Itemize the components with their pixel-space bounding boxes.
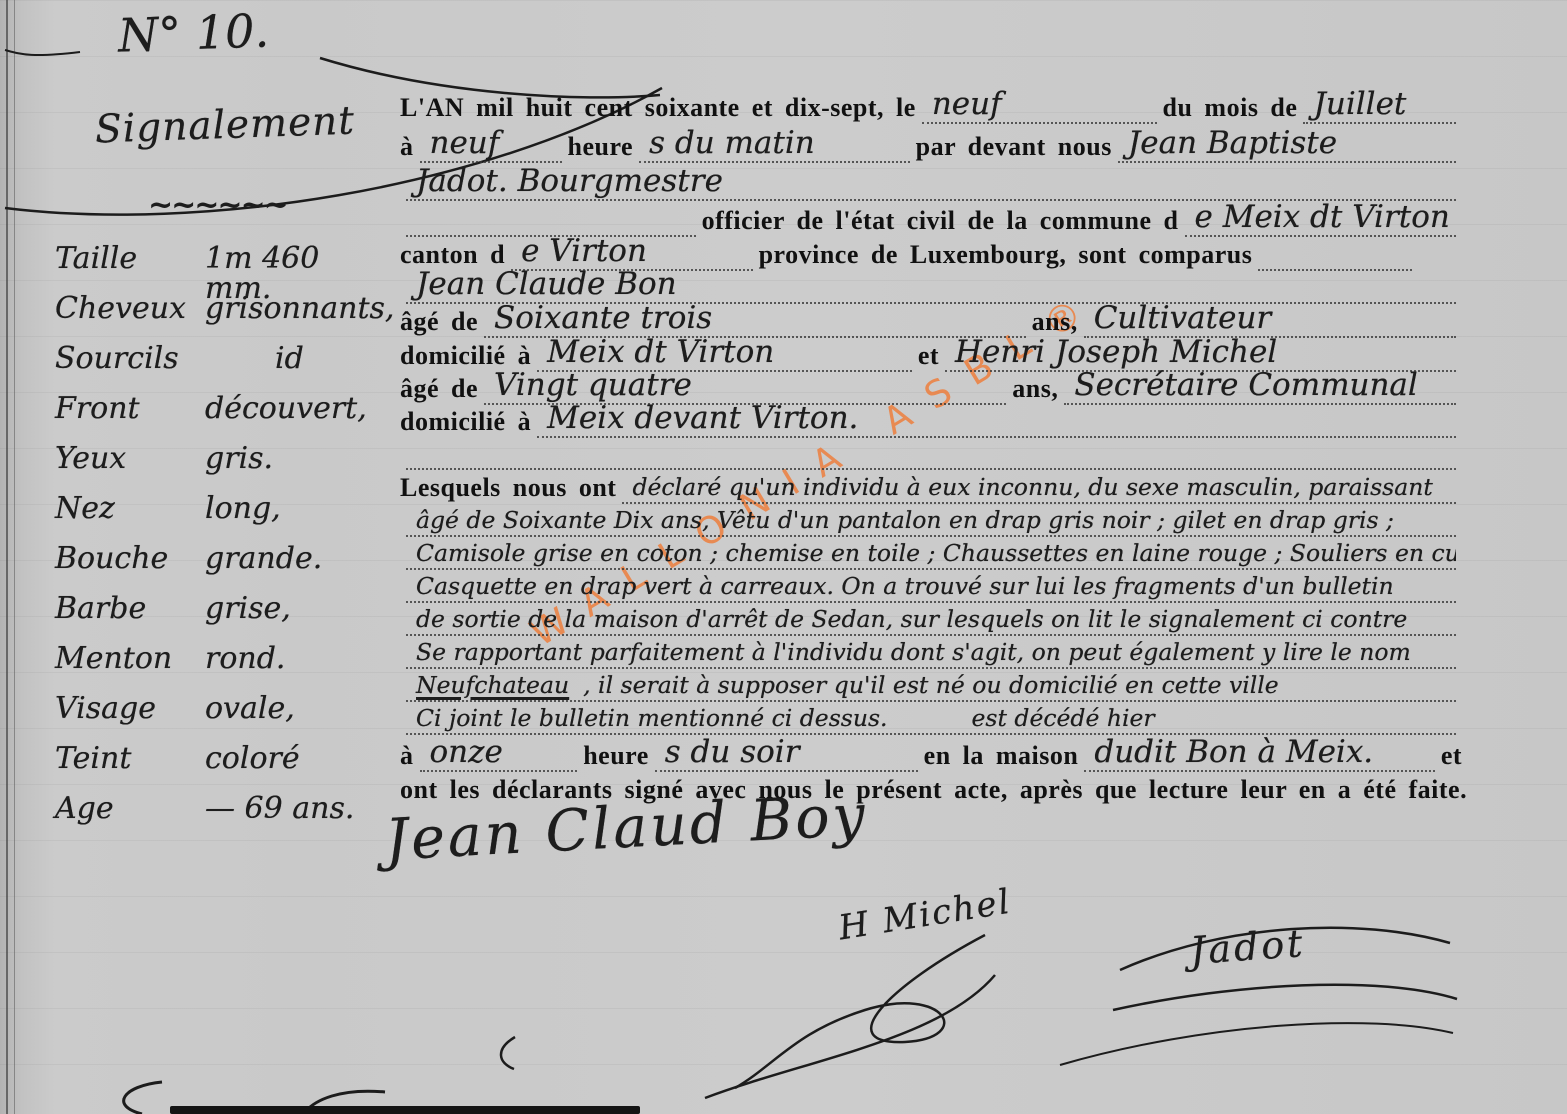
scanned-death-record-page: WALLONIA ASBL® N° 10. Signalement ~~~~~~…: [0, 0, 1567, 1114]
description-item: Cheveuxgrisonnants,: [55, 294, 385, 330]
handwritten-declaration: déclaré qu'un individu à eux inconnu, du…: [622, 476, 1436, 503]
feature-value: coloré: [205, 744, 300, 774]
description-item: Barbegrise,: [55, 594, 385, 630]
form-line-officer-name: Jadot. Bourgmestre: [400, 161, 1462, 201]
handwritten-declaration: Camisole grise en coton ; chemise en toi…: [406, 542, 1456, 569]
feature-label: Taille: [55, 244, 205, 274]
signalement-title: Signalement: [94, 101, 355, 149]
description-item: Teintcoloré: [55, 744, 385, 780]
declaration-line-8: Ci joint le bulletin mentionné ci dessus…: [400, 699, 1462, 735]
feature-label: Visage: [55, 694, 205, 724]
description-item: Visageovale,: [55, 694, 385, 730]
feature-label: Sourcils: [55, 344, 205, 374]
handwritten-deceased-statement: est décédé hier: [962, 707, 1159, 734]
handwritten-declaration: , il serait à supposer qu'il est né ou d…: [573, 674, 1283, 701]
handwritten-declaration: âgé de Soixante Dix ans, Vêtu d'un panta…: [406, 509, 1398, 536]
handwritten-day: neuf: [922, 89, 1006, 122]
separator-squiggle: ~~~~~~: [148, 188, 287, 223]
feature-value: rond.: [205, 644, 285, 674]
scan-artifact-curl: [490, 1035, 530, 1075]
handwritten-time-of-day: s du matin: [639, 128, 819, 161]
declaration-line-2: âgé de Soixante Dix ans, Vêtu d'un panta…: [400, 501, 1462, 537]
fill-in-line: Ci joint le bulletin mentionné ci dessus…: [406, 707, 1456, 736]
feature-value: grisonnants,: [205, 294, 394, 324]
printed-text: du mois de: [1163, 95, 1298, 124]
fill-in-line: neuf: [922, 89, 1157, 124]
description-item: Mentonrond.: [55, 644, 385, 680]
feature-value: grande.: [205, 544, 322, 574]
fill-in-line: Se rapportant parfaitement à l'individu …: [406, 641, 1456, 670]
signature-flourish: [1105, 915, 1465, 1085]
signature-flourish: [760, 930, 1010, 1080]
description-list: Taille1m 460 mm. Cheveuxgrisonnants, Sou…: [55, 244, 385, 844]
handwritten-officer-firstname: Jean Baptiste: [1118, 128, 1341, 161]
handwritten-officer-name-title: Jadot. Bourgmestre: [406, 166, 727, 199]
declaration-line-5: de sortie de la maison d'arrêt de Sedan,…: [400, 600, 1462, 636]
scan-edge-line: [6, 0, 8, 1114]
handwritten-declaration: Se rapportant parfaitement à l'individu …: [406, 641, 1415, 668]
fill-in-line: Jadot. Bourgmestre: [406, 166, 1456, 201]
printed-text: heure: [568, 134, 634, 163]
feature-label: Bouche: [55, 544, 205, 574]
feature-label: Age: [55, 794, 205, 824]
handwritten-month: Juillet: [1303, 89, 1410, 122]
feature-value: gris.: [205, 444, 273, 474]
printed-text: par devant nous: [916, 134, 1112, 163]
feature-value: ovale,: [205, 694, 295, 724]
printed-text: à: [400, 134, 414, 163]
declaration-line-4: Casquette en drap vert à carreaux. On a …: [400, 567, 1462, 603]
fill-in-line: neuf: [420, 128, 562, 163]
fill-in-line: Camisole grise en coton ; chemise en toi…: [406, 542, 1456, 571]
feature-value: long,: [205, 494, 281, 524]
fill-in-line: Casquette en drap vert à carreaux. On a …: [406, 575, 1456, 604]
description-item: Frontdécouvert,: [55, 394, 385, 430]
form-line-hour-officer: à neuf heure s du matin par devant nous …: [400, 123, 1462, 163]
fill-in-line: Jean Baptiste: [1118, 128, 1456, 163]
feature-value: découvert,: [205, 394, 367, 424]
declaration-line-1: Lesquels nous ont déclaré qu'un individu…: [400, 468, 1462, 504]
handwritten-neufchateau-underlined: Neufchateau: [406, 674, 573, 701]
scan-artifact-bar: [170, 1106, 640, 1114]
fill-in-line: âgé de Soixante Dix ans, Vêtu d'un panta…: [406, 509, 1456, 538]
feature-label: Nez: [55, 494, 205, 524]
feature-value: id: [275, 344, 304, 374]
form-line-blank: [400, 430, 1462, 470]
handwritten-declaration: Casquette en drap vert à carreaux. On a …: [406, 575, 1398, 602]
feature-label: Yeux: [55, 444, 205, 474]
description-item: Yeuxgris.: [55, 444, 385, 480]
feature-label: Barbe: [55, 594, 205, 624]
declaration-line-3: Camisole grise en coton ; chemise en toi…: [400, 534, 1462, 570]
printed-text: Lesquels nous ont: [400, 475, 616, 504]
fill-in-line: déclaré qu'un individu à eux inconnu, du…: [622, 476, 1456, 505]
scan-artifact-curl: [100, 1078, 180, 1114]
feature-value: — 69 ans.: [205, 794, 354, 824]
declaration-line-6: Se rapportant parfaitement à l'individu …: [400, 633, 1462, 669]
description-item: Bouchegrande.: [55, 544, 385, 580]
fill-in-line: s du matin: [639, 128, 910, 163]
handwritten-declaration: de sortie de la maison d'arrêt de Sedan,…: [406, 608, 1411, 635]
declaration-line-7: Neufchateau, il serait à supposer qu'il …: [400, 666, 1462, 702]
feature-label: Front: [55, 394, 205, 424]
form-line-year: L'AN mil huit cent soixante et dix-sept,…: [400, 84, 1462, 124]
feature-label: Teint: [55, 744, 205, 774]
printed-text: L'AN mil huit cent soixante et dix-sept,…: [400, 95, 916, 124]
description-item: Taille1m 460 mm.: [55, 244, 385, 280]
feature-label: Cheveux: [55, 294, 205, 324]
feature-value: grise,: [205, 594, 291, 624]
description-item: Sourcilsid: [55, 344, 385, 380]
scan-edge-line: [14, 0, 15, 1114]
description-item: Age— 69 ans.: [55, 794, 385, 830]
fill-in-line: Neufchateau, il serait à supposer qu'il …: [406, 674, 1456, 703]
fill-in-line: de sortie de la maison d'arrêt de Sedan,…: [406, 608, 1456, 637]
description-item: Nezlong,: [55, 494, 385, 530]
handwritten-hour: neuf: [420, 128, 504, 161]
feature-label: Menton: [55, 644, 205, 674]
handwritten-declaration: Ci joint le bulletin mentionné ci dessus…: [406, 707, 892, 734]
fill-in-line: Juillet: [1303, 89, 1456, 124]
